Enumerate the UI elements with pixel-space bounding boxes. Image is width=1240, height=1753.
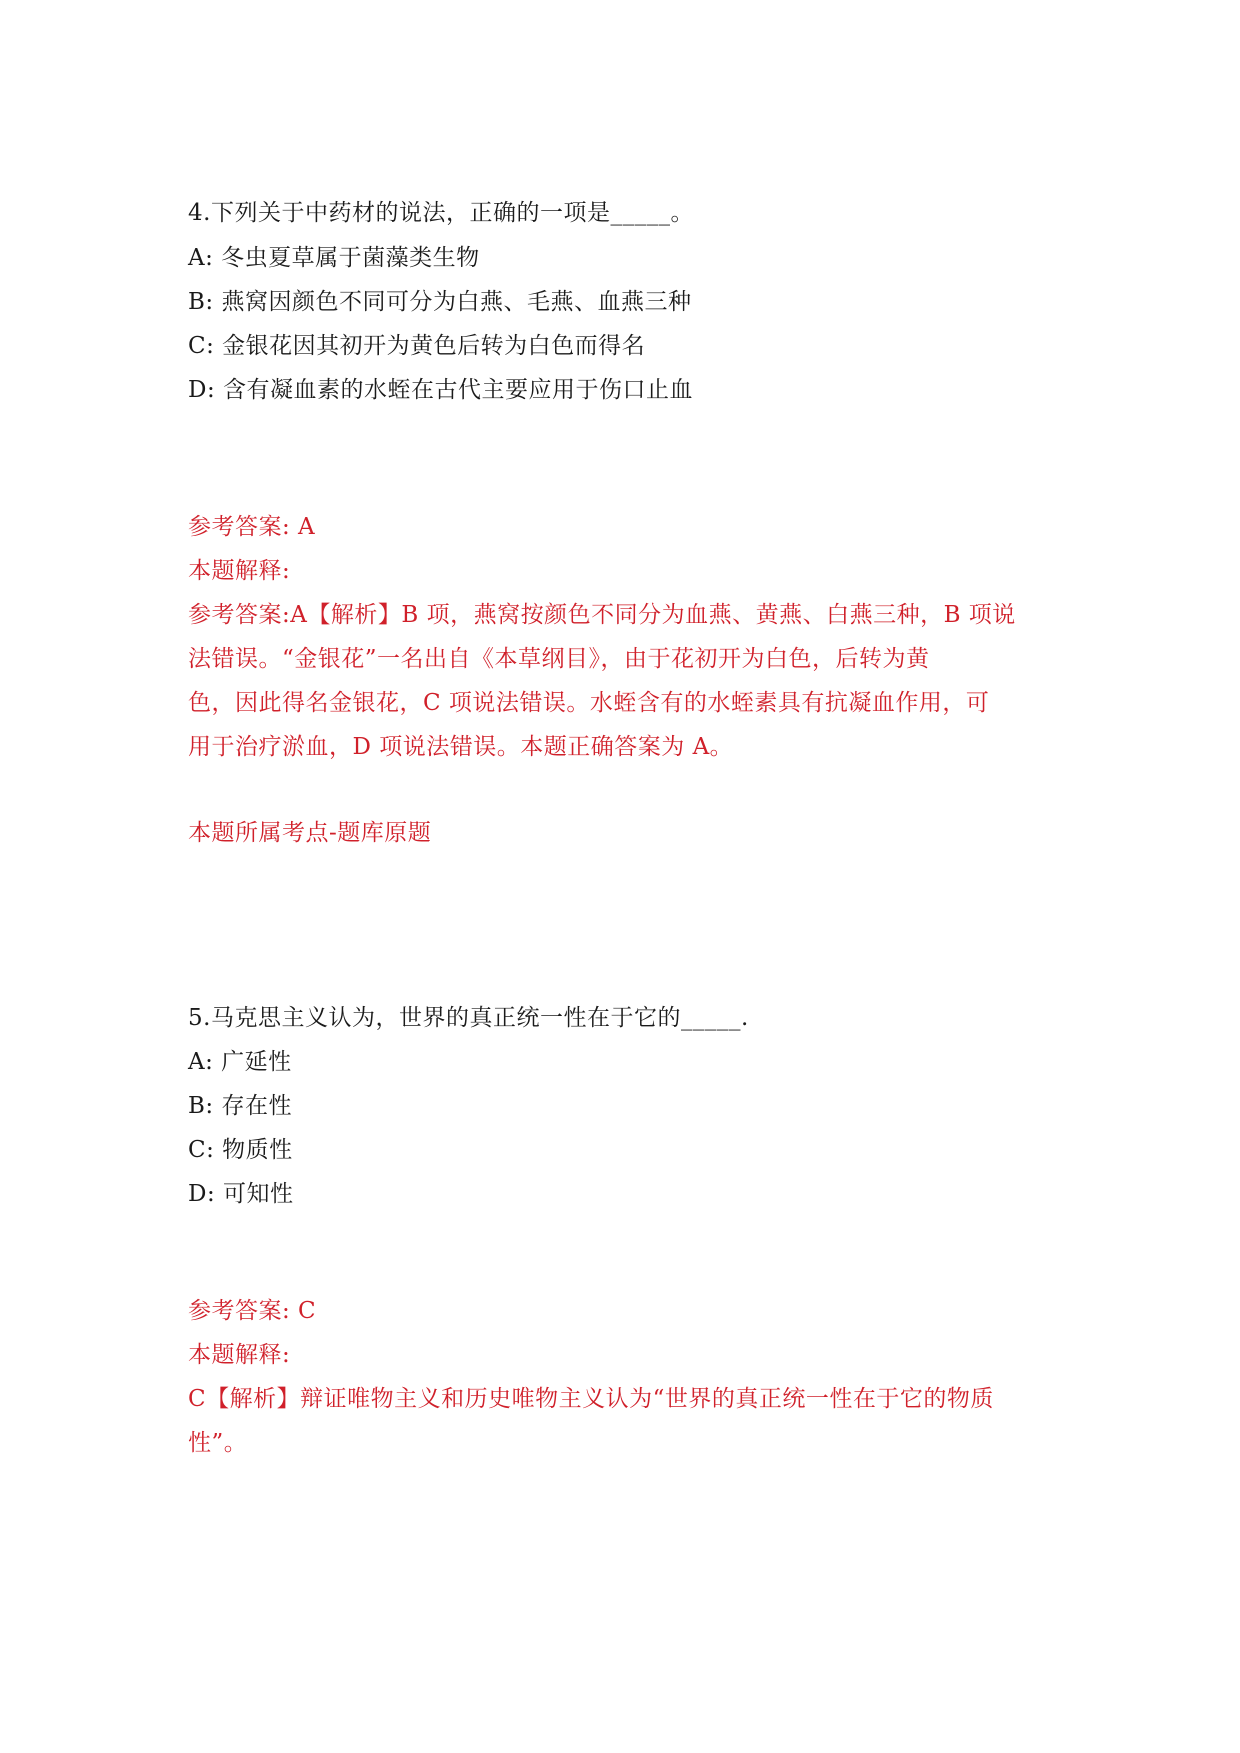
question-5-option-d: D: 可知性 bbox=[188, 1179, 294, 1209]
question-4-option-c: C: 金银花因其初开为黄色后转为白色而得名 bbox=[188, 331, 645, 361]
question-4-source: 本题所属考点-题库原题 bbox=[188, 818, 431, 848]
question-5-explanation-line-1: C【解析】辩证唯物主义和历史唯物主义认为“世界的真正统一性在于它的物质 bbox=[188, 1384, 994, 1414]
question-5-explanation-line-2: 性”。 bbox=[188, 1428, 247, 1458]
question-4-stem: 4.下列关于中药材的说法，正确的一项是_____。 bbox=[188, 198, 694, 228]
question-5-stem: 5.马克思主义认为，世界的真正统一性在于它的_____. bbox=[188, 1003, 749, 1033]
question-4-explanation-line-1: 参考答案:A【解析】B 项，燕窝按颜色不同分为血燕、黄燕、白燕三种，B 项说 bbox=[188, 600, 1016, 630]
question-5-option-b: B: 存在性 bbox=[188, 1091, 292, 1121]
document-page: 4.下列关于中药材的说法，正确的一项是_____。 A: 冬虫夏草属于菌藻类生物… bbox=[0, 0, 1240, 1753]
question-5-option-a: A: 广延性 bbox=[188, 1047, 292, 1077]
question-4-answer: 参考答案: A bbox=[188, 512, 315, 542]
question-4-explanation-line-2: 法错误。“金银花”一名出自《本草纲目》，由于花初开为白色，后转为黄 bbox=[188, 644, 930, 674]
question-4-explanation-line-4: 用于治疗淤血，D 项说法错误。本题正确答案为 A。 bbox=[188, 732, 733, 762]
question-4-option-d: D: 含有凝血素的水蛭在古代主要应用于伤口止血 bbox=[188, 375, 693, 405]
question-4-option-a: A: 冬虫夏草属于菌藻类生物 bbox=[188, 243, 480, 273]
question-4-option-b: B: 燕窝因颜色不同可分为白燕、毛燕、血燕三种 bbox=[188, 287, 691, 317]
question-5-explanation-label: 本题解释: bbox=[188, 1340, 290, 1370]
question-4-explanation-label: 本题解释: bbox=[188, 556, 290, 586]
question-4-explanation-line-3: 色，因此得名金银花，C 项说法错误。水蛭含有的水蛭素具有抗凝血作用，可 bbox=[188, 688, 989, 718]
question-5-option-c: C: 物质性 bbox=[188, 1135, 293, 1165]
question-5-answer: 参考答案: C bbox=[188, 1296, 316, 1326]
